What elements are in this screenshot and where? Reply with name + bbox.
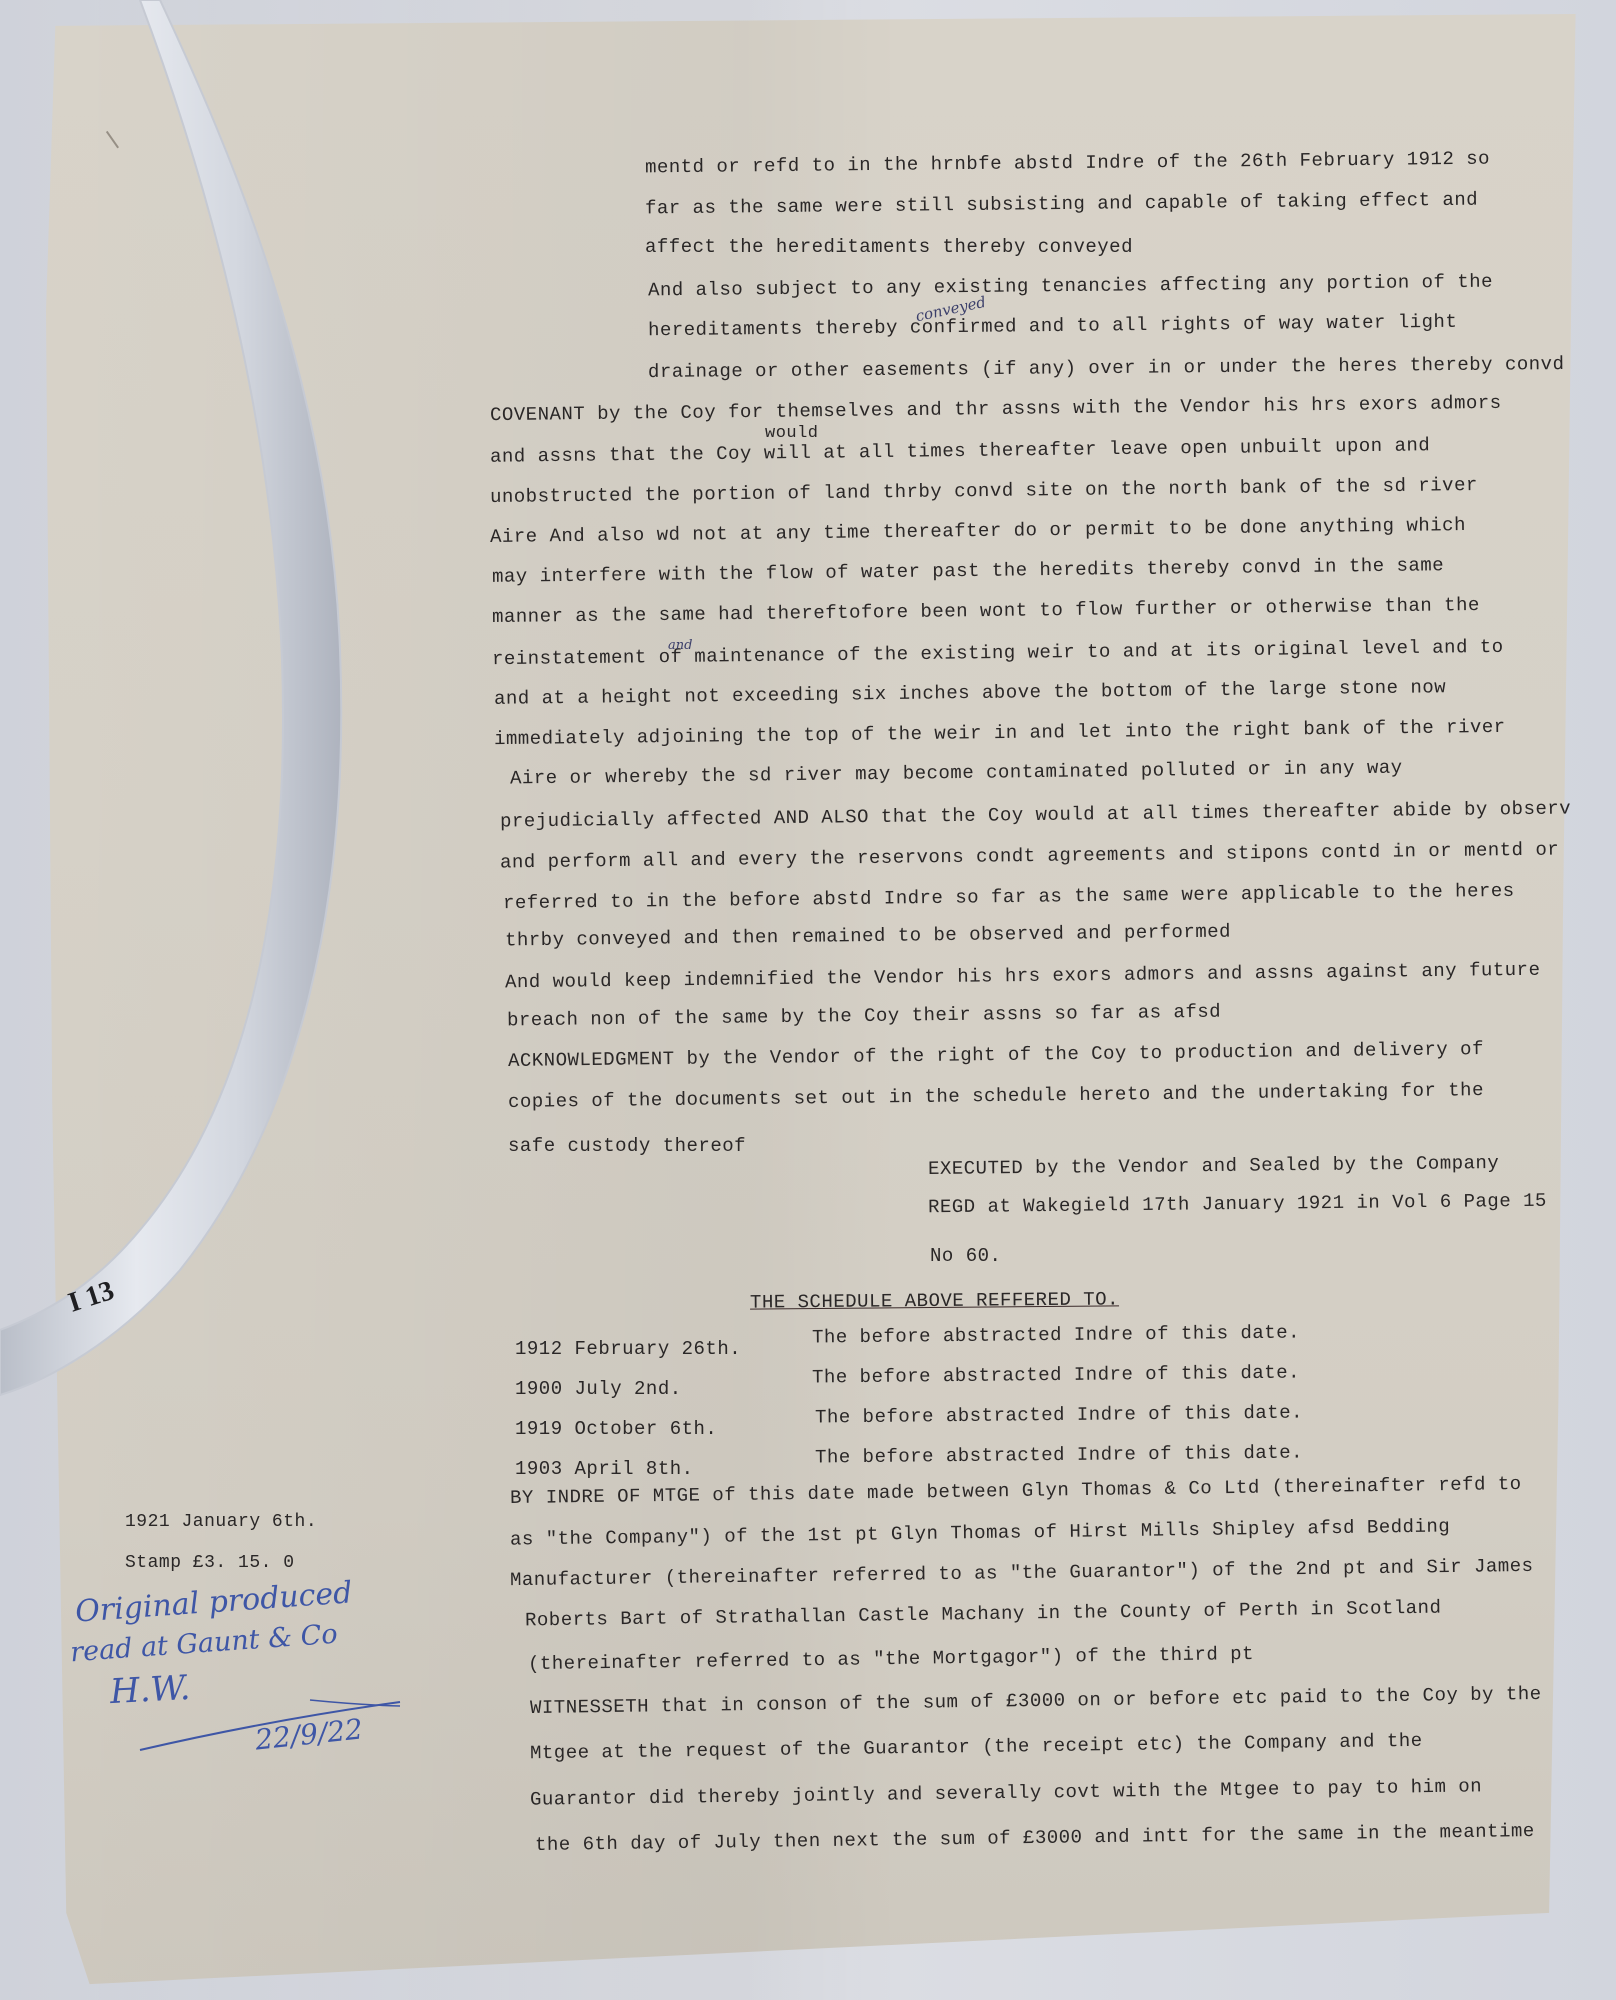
schedule-date: 1912 February 26th. bbox=[515, 1338, 741, 1360]
margin-stamp: Stamp £3. 15. 0 bbox=[125, 1553, 295, 1573]
schedule-date: 1919 October 6th. bbox=[515, 1418, 717, 1440]
margin-date: 1921 January 6th. bbox=[125, 1512, 317, 1532]
interlinear-would: would bbox=[765, 424, 819, 443]
signature-flourish bbox=[130, 1680, 410, 1760]
body-line: safe custody thereof bbox=[508, 1135, 746, 1157]
interlinear-and: and bbox=[668, 638, 692, 653]
execution-line: No 60. bbox=[930, 1245, 1001, 1267]
schedule-date: 1903 April 8th. bbox=[515, 1458, 694, 1480]
schedule-heading: THE SCHEDULE ABOVE REFFERED TO. bbox=[750, 1288, 1119, 1313]
schedule-date: 1900 July 2nd. bbox=[515, 1378, 682, 1400]
body-line: affect the hereditaments thereby conveye… bbox=[645, 236, 1133, 258]
